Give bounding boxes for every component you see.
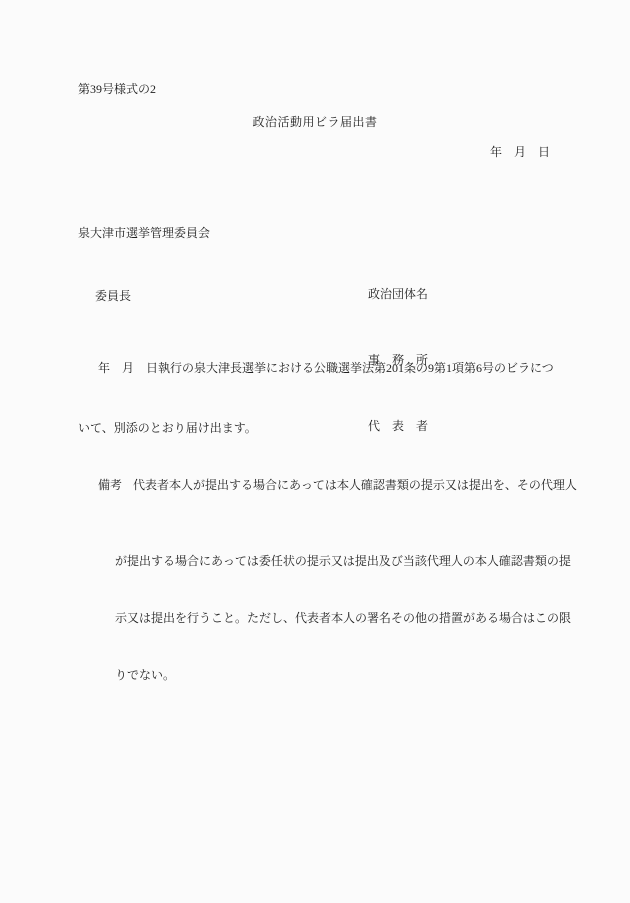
form-number: 第39号様式の2	[78, 80, 156, 99]
remarks-line-3: 示又は提出を行うこと。ただし、代表者本人の署名その他の措置がある場合はこの限	[80, 609, 570, 628]
remarks-block: 備考代表者本人が提出する場合にあっては本人確認書類の提示又は提出を、その代理人 …	[80, 419, 570, 723]
addressee-chairman: 委員長	[78, 286, 210, 307]
body-line-1: 年 月 日執行の泉大津長選挙における公職選挙法第201条の9第1項第6号のビラに…	[78, 358, 554, 378]
remarks-line-2: が提出する場合にあっては委任状の提示又は提出及び当該代理人の本人確認書類の提	[80, 552, 570, 571]
field-political-org-name: 政治団体名	[368, 283, 428, 305]
remarks-line-4: りでない。	[80, 666, 570, 685]
document-title: 政治活動用ビラ届出書	[0, 113, 630, 132]
remarks-line-1: 備考代表者本人が提出する場合にあっては本人確認書類の提示又は提出を、その代理人	[80, 457, 570, 514]
remarks-line-1-text: 代表者本人が提出する場合にあっては本人確認書類の提示又は提出を、その代理人	[133, 478, 577, 492]
document-page: 第39号様式の2 政治活動用ビラ届出書 年 月 日 泉大津市選挙管理委員会 委員…	[0, 0, 630, 903]
remarks-label: 備考	[98, 478, 122, 492]
addressee-committee: 泉大津市選挙管理委員会	[78, 223, 210, 244]
date-line: 年 月 日	[490, 143, 550, 162]
